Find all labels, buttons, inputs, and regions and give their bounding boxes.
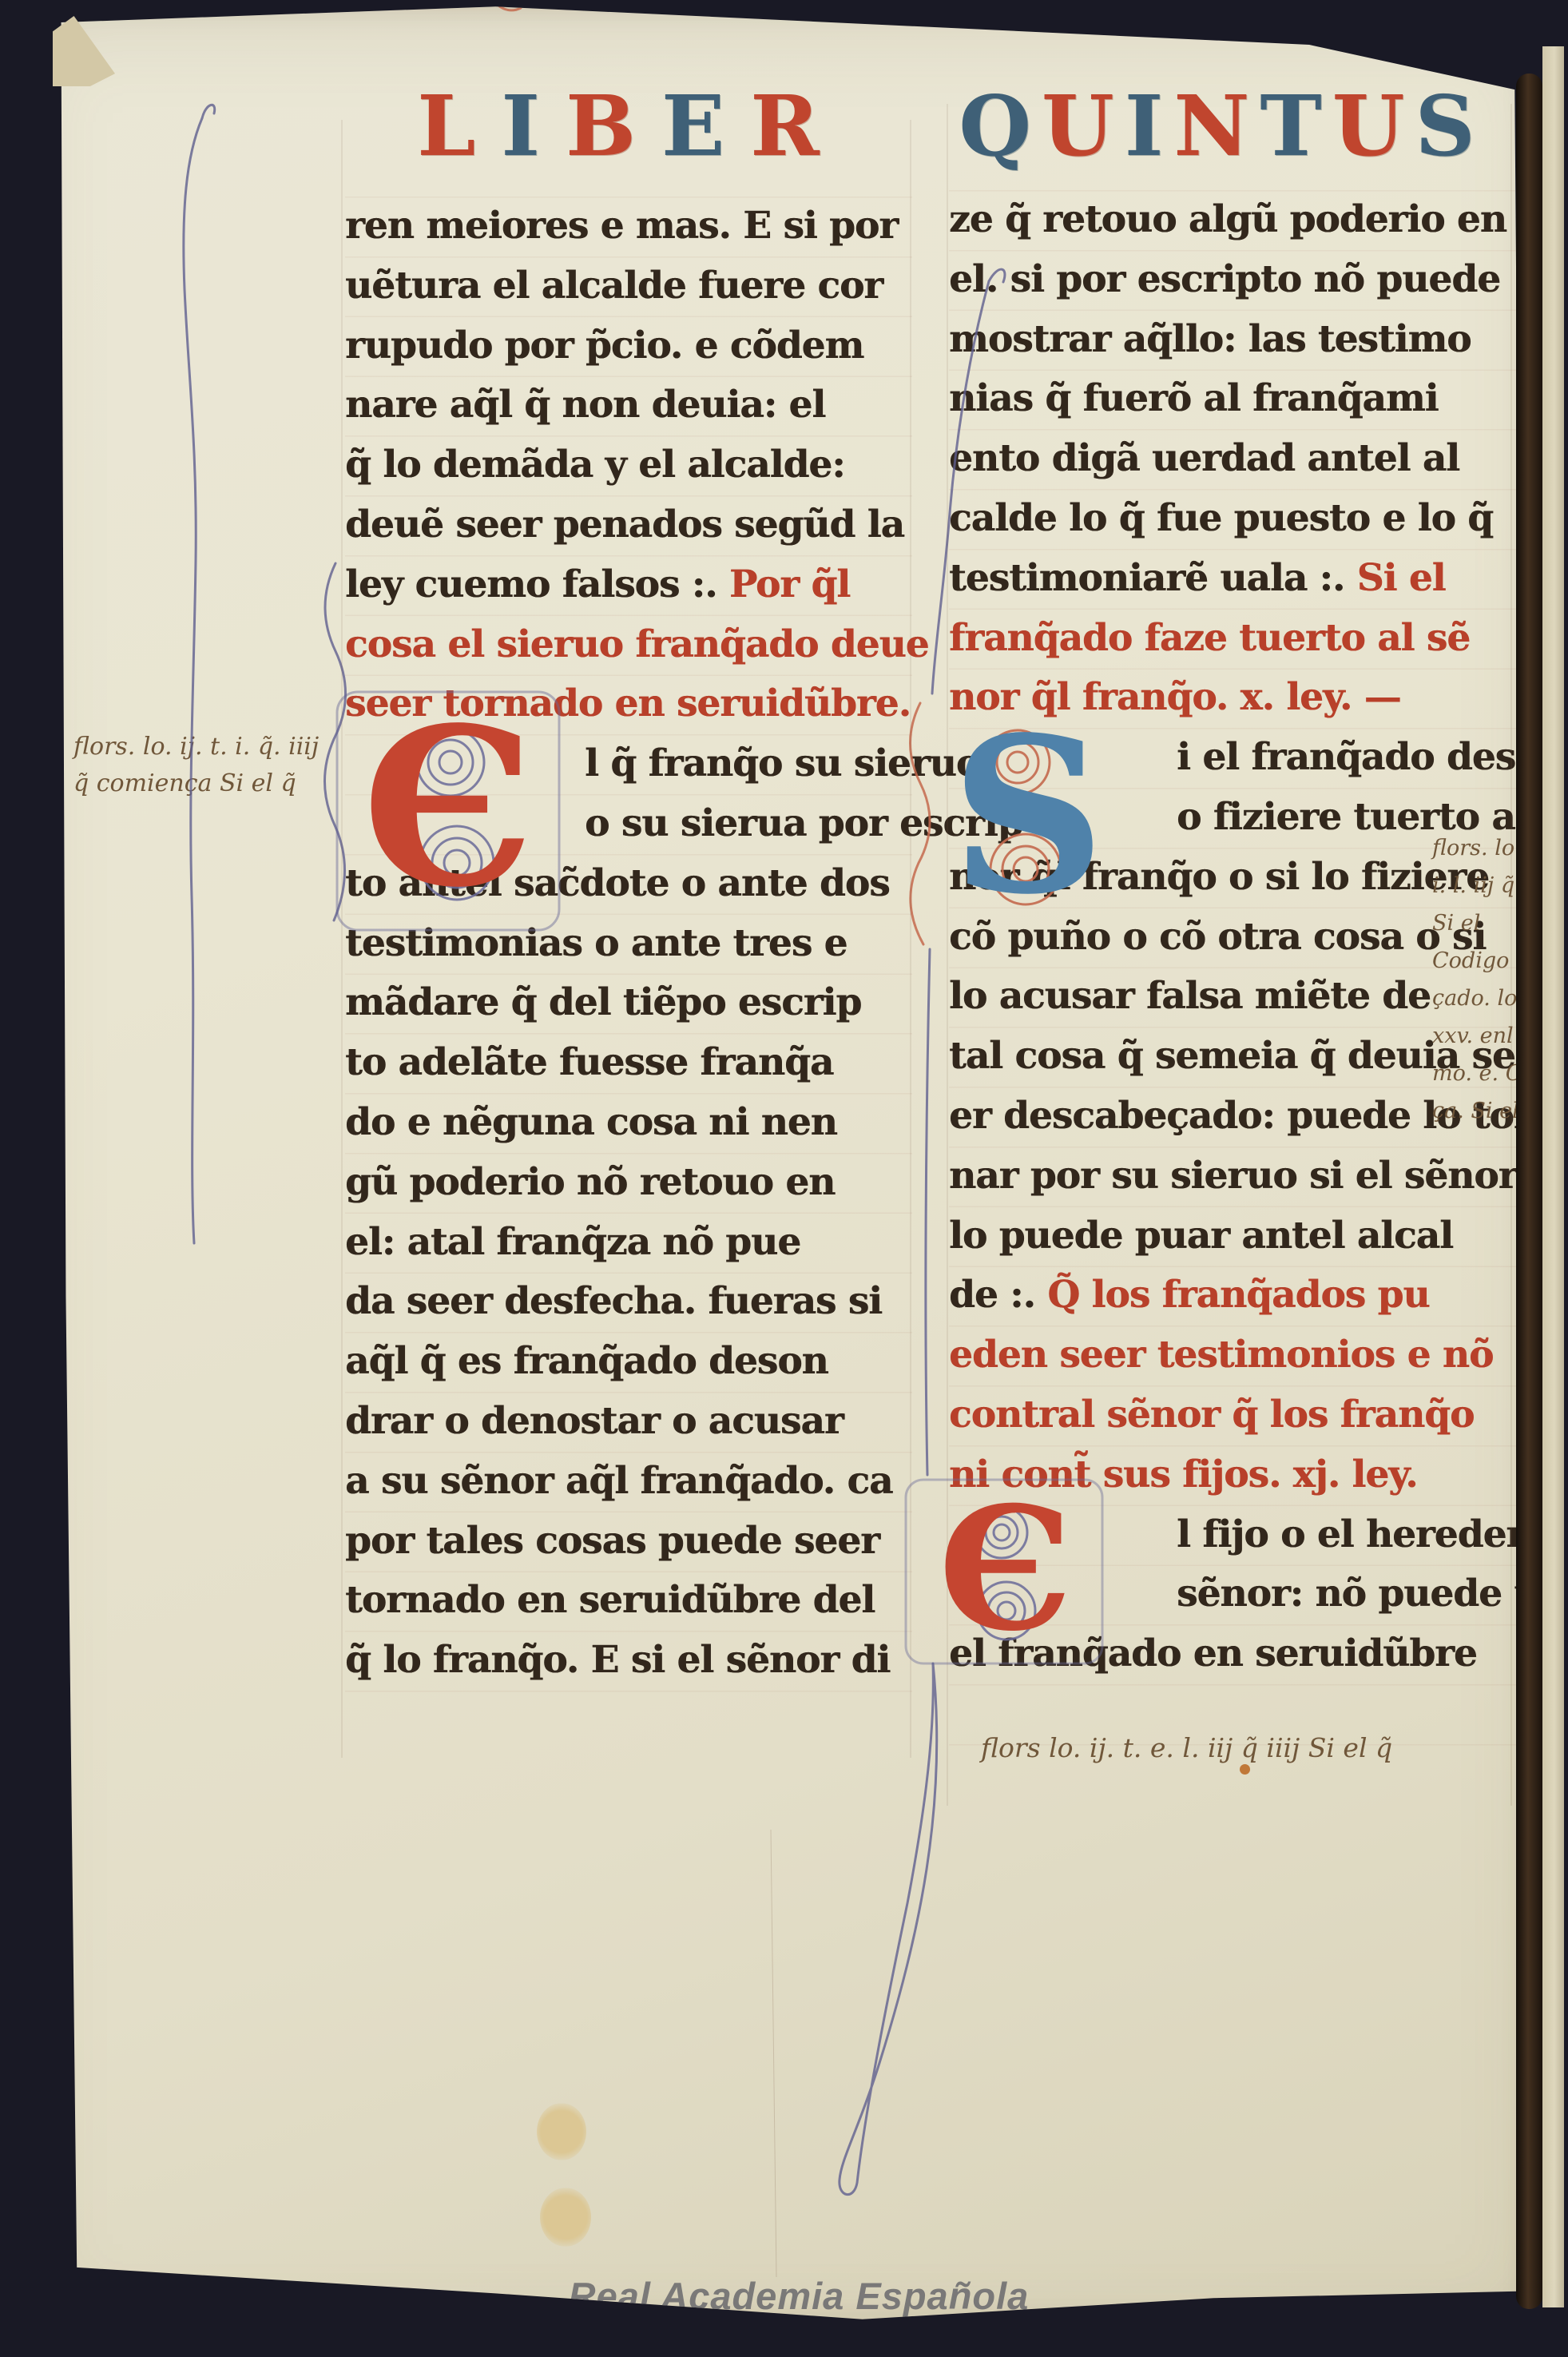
page-edge — [1542, 46, 1564, 2307]
binding-cord — [1516, 74, 1542, 2309]
purple-pen-flourishes — [184, 105, 1005, 2194]
pen-flourish-overlay — [0, 0, 1568, 2357]
manuscript-page: LIBER QUINTUS ren meiores e mas. E si po… — [0, 0, 1568, 2357]
red-pen-flourishes — [495, 3, 930, 944]
manuscript-photo: LIBER QUINTUS ren meiores e mas. E si po… — [0, 0, 1568, 2357]
